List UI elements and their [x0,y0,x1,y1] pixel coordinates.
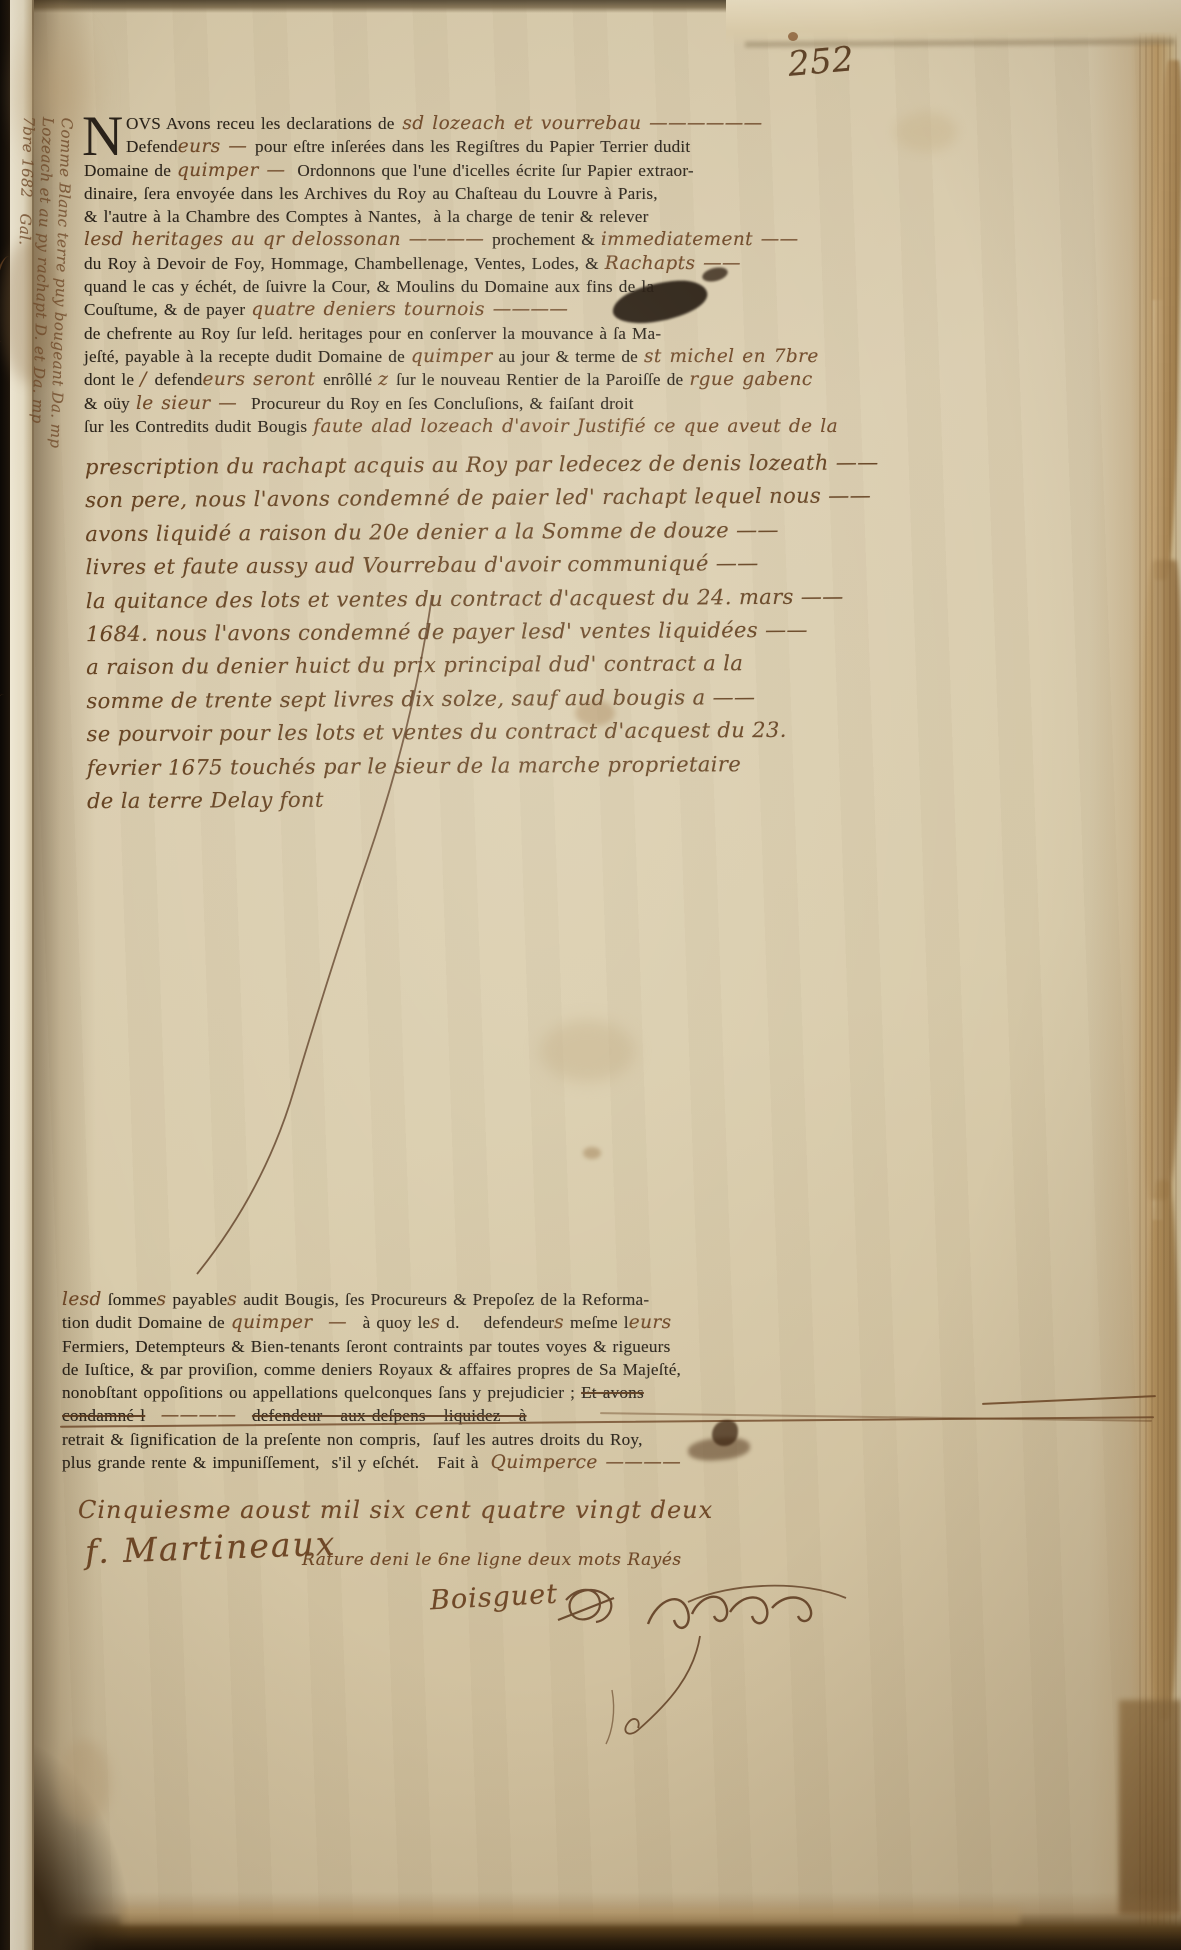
text-line: lesd ſommes payables audit Bougis, ſes P… [62,1288,1082,1311]
printed-text: jeſté, payable à la recepte dudit Domain… [84,347,411,366]
printed-text: enrôllé [323,370,378,389]
handwritten-text: Rachapts —— [605,253,741,274]
printed-act-top: OVS Avons receu les declarations de sd l… [84,112,1104,438]
folio-number: 252 [786,39,855,85]
text-line: nonobſtant oppoſitions ou appellations q… [62,1381,1082,1404]
text-line: & oüy le sieur — Procureur du Roy en ſes… [84,392,1104,415]
handwritten-text: / [140,369,154,390]
text-line: Couſtume, & de payer quatre deniers tour… [84,298,1104,321]
erasure-note: Rature deni le 6ne ligne deux mots Rayés [302,1550,682,1570]
printed-text: & oüy [84,394,136,413]
text-line: Fermiers, Detempteurs & Bien-tenants ſer… [62,1335,1082,1358]
text-line: du Roy à Devoir de Foy, Hommage, Chambel… [84,252,1104,275]
handwritten-text: s [430,1312,440,1333]
handwritten-text: rgue gabenc [689,369,812,390]
printed-text: dinaire, ſera envoyée dans les Archives … [84,184,658,203]
printed-text: du Roy à Devoir de Foy, Hommage, Chambel… [84,254,605,273]
handwritten-text: immediatement —— [601,229,799,250]
text-line: lesd heritages au qr delossonan ———— pro… [84,228,1104,251]
printed-text: pour eſtre inſerées dans les Regiſtres d… [255,137,690,156]
handwritten-text: lesd heritages au qr delossonan ———— [84,229,492,250]
handwritten-text: quimper — [231,1312,363,1333]
handwritten-text: a raison du denier huict du prix princip… [86,652,743,680]
handwritten-text: livres et faute aussy aud Vourrebau d'av… [86,551,759,579]
printed-text: ſur les Contredits dudit Bougis [84,417,313,436]
printed-text-struck: Et avons [581,1383,644,1402]
printed-text: Procureur du Roy en ſes Concluſions, & f… [245,394,634,413]
printed-text: nonobſtant oppoſitions ou appellations q… [62,1383,581,1402]
printed-text: prochement & [492,230,601,249]
printed-text: Fermiers, Detempteurs & Bien-tenants ſer… [62,1337,670,1356]
handwritten-text: sd lozeach et vourrebau —————— [395,113,763,134]
printed-text: Couſtume, & de payer [84,300,251,319]
handwritten-text: prescription du rachapt acquis au Roy pa… [85,450,879,479]
manuscript-photo: 252 Comme Blanc terre puy bougeant Da. m… [0,0,1181,1950]
printed-text: quand le cas y échét, de ſuivre la Cour,… [84,277,654,296]
printed-text: & l'autre à la Chambre des Comptes à Nan… [84,207,649,226]
handwritten-text: s [157,1289,167,1310]
text-line: Defendeurs — pour eſtre inſerées dans le… [84,135,1104,158]
edge-streaks [1139,0,1181,1950]
handwritten-date: Cinquiesme aoust mil six cent quatre vin… [78,1496,713,1524]
text-line: jeſté, payable à la recepte dudit Domain… [84,345,1104,368]
printed-text-struck: condamné l [62,1406,145,1425]
printed-act-bottom: lesd ſommes payables audit Bougis, ſes P… [62,1288,1082,1474]
text-line: retrait & ſignification de la preſente n… [62,1428,1082,1451]
printed-text: defend [155,370,203,389]
printed-text: payable [166,1290,227,1309]
printed-text: ſomme [102,1290,157,1309]
handwritten-text: eurs [629,1312,672,1333]
printed-text: d. defendeur [440,1313,554,1332]
printed-text: de chefrente au Roy ſur leſd. heritages … [84,324,661,343]
text-line: de Iuſtice, & par proviſion, comme denie… [62,1358,1082,1381]
handwritten-judgment: prescription du rachapt acquis au Roy pa… [85,445,1117,819]
handwritten-text: de la terre Delay font [87,788,324,813]
bottom-leaf-edges [120,1908,1020,1924]
printed-text: retrait & ſignification de la preſente n… [62,1430,643,1449]
text-line: quand le cas y échét, de ſuivre la Cour,… [84,275,1104,298]
text-line: ſur les Contredits dudit Bougis faute al… [84,415,1104,438]
printed-text: à quoy le [363,1313,431,1332]
text-line: de la terre Delay font [87,779,1117,819]
text-line: de chefrente au Roy ſur leſd. heritages … [84,322,1104,345]
text-line: OVS Avons receu les declarations de sd l… [84,112,1104,135]
handwritten-text: avons liquidé a raison du 20e denier a l… [85,518,779,546]
printed-text: meſme l [564,1313,629,1332]
printed-text: plus grande rente & impuniſſement, s'il … [62,1453,491,1472]
printed-text: ſur le nouveau Rentier de la Paroiſſe de [396,370,689,389]
handwritten-text: lesd [62,1289,102,1310]
handwritten-text: fevrier 1675 touchés par le sieur de la … [87,752,741,780]
handwritten-text: quimper [411,346,493,367]
printed-text: tion dudit Domaine de [62,1313,231,1332]
handwritten-text: Quimperce ———— [491,1452,681,1473]
handwritten-text: la quitance des lots et ventes du contra… [86,584,844,613]
text-line: dinaire, ſera envoyée dans les Archives … [84,182,1104,205]
printed-text: Domaine de [84,161,177,180]
handwritten-text: s [227,1289,237,1310]
printed-text: Ordonnons que l'une d'icelles écrite ſur… [285,161,693,180]
text-line: Domaine de quimper — Ordonnons que l'une… [84,159,1104,182]
handwritten-text: 1684. nous l'avons condemné de payer les… [86,618,808,646]
handwritten-text: somme de trente sept livres dix solze, s… [86,685,755,713]
text-line: dont le / defendeurs seront enrôllé z ſu… [84,368,1104,391]
handwritten-text: z [378,369,396,390]
printed-text: au jour & terme de [493,347,644,366]
handwritten-text: eurs — [178,136,255,157]
handwritten-text: st michel en 7bre [644,346,819,367]
handwritten-text: le sieur — [136,393,245,414]
handwritten-text: quimper — [177,160,285,181]
printed-text: audit Bougis, ſes Procureurs & Prepoſez … [237,1290,649,1309]
handwritten-text: son pere, nous l'avons condemné de paier… [85,484,871,513]
page-top-edge [0,0,752,13]
text-line: tion dudit Domaine de quimper — à quoy l… [62,1311,1082,1334]
text-line: & l'autre à la Chambre des Comptes à Nan… [84,205,1104,228]
handwritten-text: quatre deniers tournois ———— [251,299,568,320]
printed-text: Defend [126,137,178,156]
printed-text: OVS Avons receu les declarations de [126,114,395,133]
handwritten-text: eurs seront [203,369,324,390]
text-line: plus grande rente & impuniſſement, s'il … [62,1451,1082,1474]
handwritten-text: se pourvoir pour les lots et ventes du c… [87,718,787,746]
handwritten-text: faute alad lozeach d'avoir Justifié ce q… [313,416,838,437]
printed-text: de Iuſtice, & par proviſion, comme denie… [62,1360,681,1379]
handwritten-text: s [554,1312,564,1333]
printed-text: dont le [84,370,140,389]
